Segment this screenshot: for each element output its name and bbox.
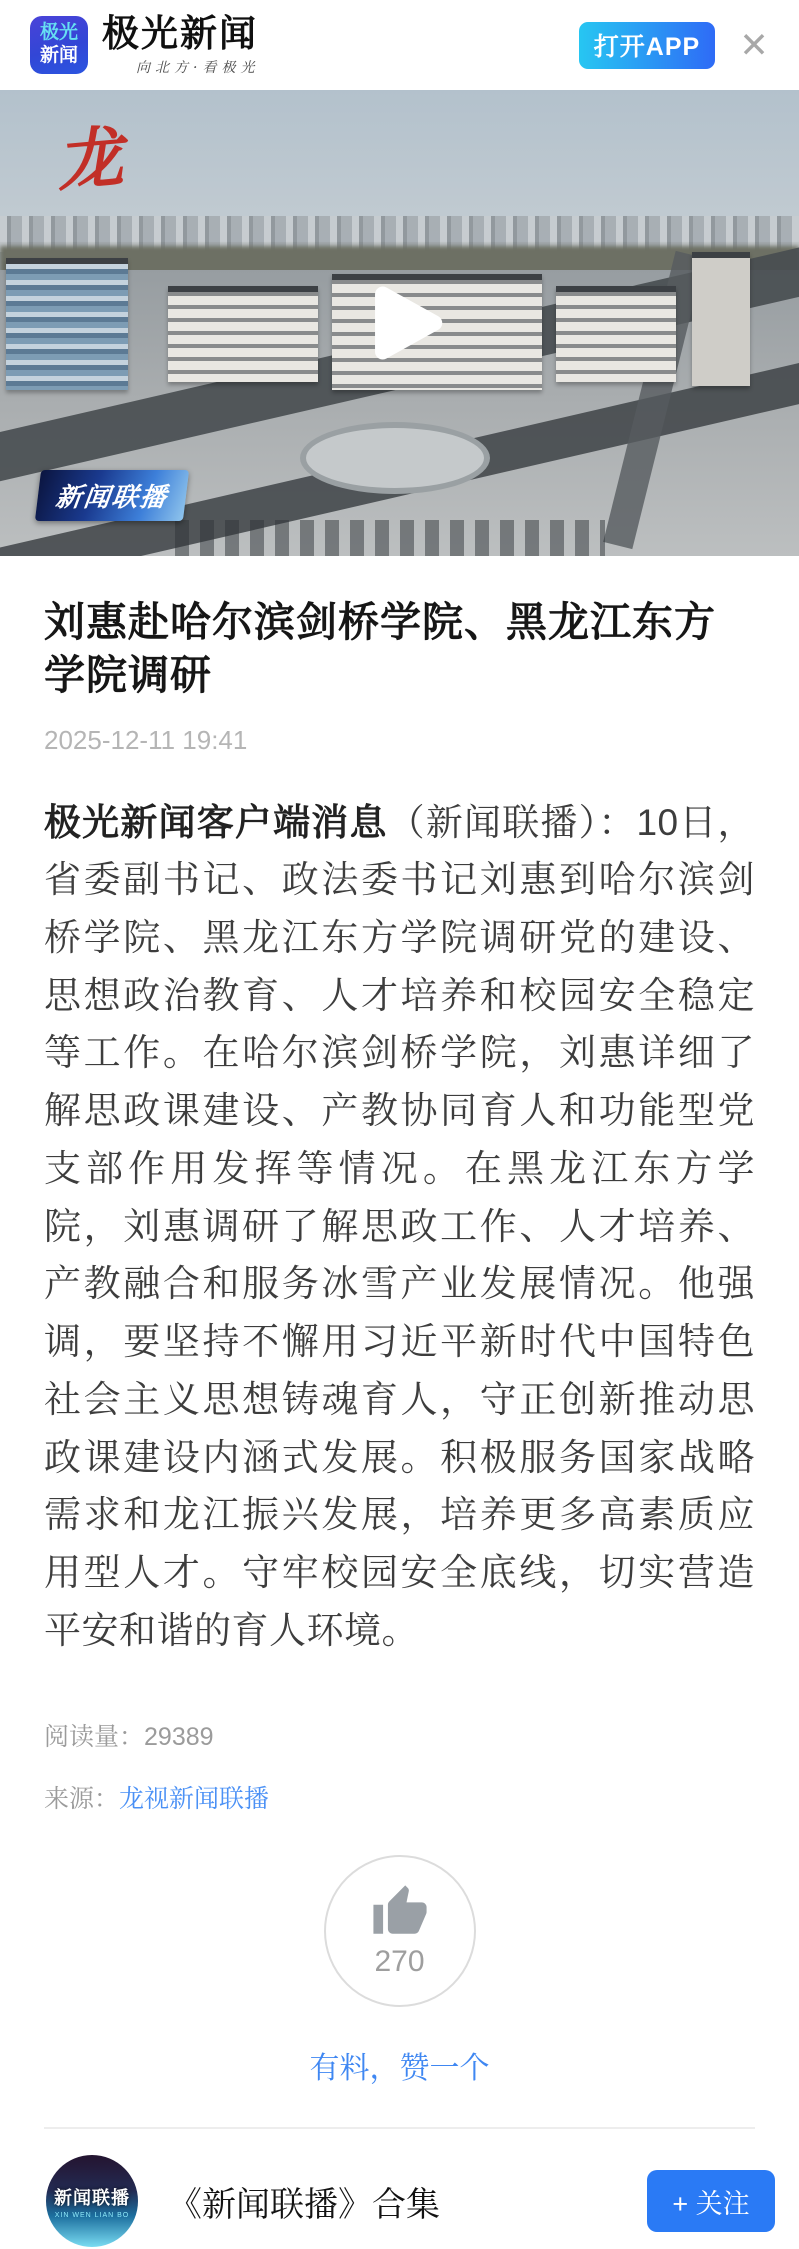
collection-avatar[interactable]: 新闻联播 XIN WEN LIAN BO xyxy=(46,2155,138,2247)
article-date: 2025-12-11 19:41 xyxy=(44,725,755,756)
brand-tagline: 向北方·看极光 xyxy=(136,57,259,77)
source-link[interactable]: 龙视新闻联播 xyxy=(119,1785,269,1813)
thumb-parking-lot xyxy=(175,520,605,556)
thumbs-up-icon xyxy=(371,1883,429,1941)
read-count-value: 29389 xyxy=(144,1723,214,1751)
article-body: 极光新闻客户端消息（新闻联播）：10日，省委副书记、政法委书记刘惠到哈尔滨剑桥学… xyxy=(44,794,755,1660)
thumb-building xyxy=(168,286,318,382)
read-count-label: 阅读量： xyxy=(44,1723,144,1751)
brand-block: 极光新闻 向北方·看极光 xyxy=(102,13,259,77)
brand-logo-text-top: 极光 xyxy=(40,22,78,45)
collection-footer: 新闻联播 XIN WEN LIAN BO 《新闻联播》合集 + 关注 xyxy=(0,2129,799,2247)
program-badge: 新闻联播 xyxy=(35,470,189,521)
like-button[interactable]: 270 xyxy=(324,1855,476,2007)
like-count: 270 xyxy=(374,1945,424,1979)
video-player[interactable]: 龙 新闻联播 xyxy=(0,90,799,556)
brand-logo: 极光 新闻 xyxy=(30,16,88,74)
avatar-title: 新闻联播 xyxy=(54,2184,130,2210)
article-title: 刘惠赴哈尔滨剑桥学院、黑龙江东方学院调研 xyxy=(44,596,755,703)
collection-title[interactable]: 《新闻联播》合集 xyxy=(168,2177,440,2226)
thumb-building xyxy=(556,286,676,382)
article: 刘惠赴哈尔滨剑桥学院、黑龙江东方学院调研 2025-12-11 19:41 极光… xyxy=(0,556,799,1815)
thumb-building xyxy=(6,258,128,390)
article-body-text: （新闻联播）：10日，省委副书记、政法委书记刘惠到哈尔滨剑桥学院、黑龙江东方学院… xyxy=(44,802,755,1651)
source-row: 来源：龙视新闻联播 xyxy=(44,1779,755,1815)
source-label: 来源： xyxy=(44,1785,119,1813)
channel-watermark: 龙 xyxy=(52,103,126,203)
thumb-building xyxy=(692,252,750,386)
article-lead: 极光新闻客户端消息 xyxy=(44,802,388,843)
follow-button[interactable]: + 关注 xyxy=(647,2170,775,2232)
play-icon[interactable] xyxy=(352,275,448,371)
thumb-plaza xyxy=(300,422,490,494)
read-count-row: 阅读量：29389 xyxy=(44,1717,755,1753)
open-app-button[interactable]: 打开APP xyxy=(579,22,715,69)
brand-logo-text-bottom: 新闻 xyxy=(40,45,78,68)
like-cta-text: 有料，赞一个 xyxy=(310,2043,490,2087)
like-section: 270 有料，赞一个 xyxy=(0,1855,799,2087)
app-header: 极光 新闻 极光新闻 向北方·看极光 打开APP ✕ xyxy=(0,0,799,90)
avatar-subtitle: XIN WEN LIAN BO xyxy=(55,2212,130,2219)
close-icon[interactable]: ✕ xyxy=(731,28,777,63)
brand-title: 极光新闻 xyxy=(102,13,259,54)
